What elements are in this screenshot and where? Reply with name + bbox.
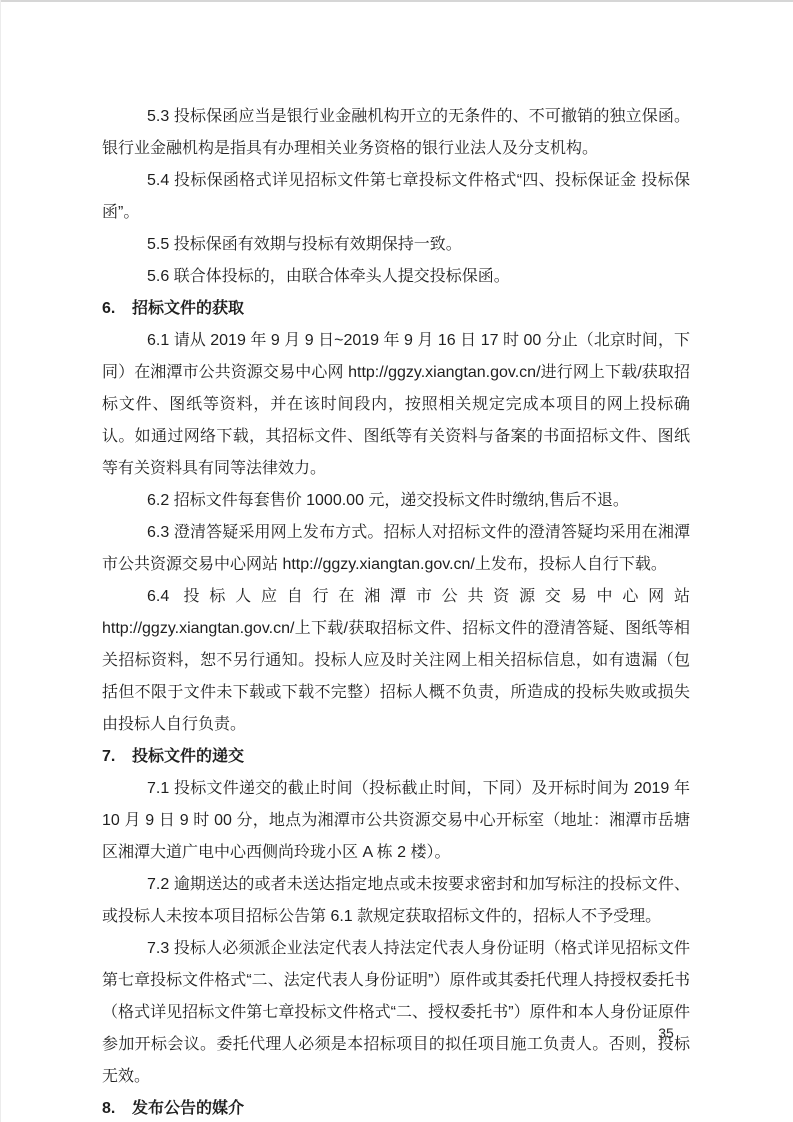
page-number: 35 — [636, 1023, 696, 1043]
section-number: 6. — [102, 293, 132, 325]
paragraph-7-2: 7.2 逾期送达的或者未送达指定地点或未按要求密封和加写标注的投标文件、或投标人… — [102, 869, 690, 933]
paragraph-6-4: 6.4 投标人应自行在湘潭市公共资源交易中心网站 http://ggzy.xia… — [102, 581, 690, 741]
paragraph-5-5: 5.5 投标保函有效期与投标有效期保持一致。 — [102, 229, 690, 261]
paragraph-6-3: 6.3 澄清答疑采用网上发布方式。招标人对招标文件的澄清答疑均采用在湘潭市公共资… — [102, 517, 690, 581]
paragraph-7-3: 7.3 投标人必须派企业法定代表人持法定代表人身份证明（格式详见招标文件第七章投… — [102, 933, 690, 1093]
document-body: 5.3 投标保函应当是银行业金融机构开立的无条件的、不可撤销的独立保函。银行业金… — [102, 101, 690, 1122]
section-title: 投标文件的递交 — [132, 748, 244, 765]
paragraph-6-1: 6.1 请从 2019 年 9 月 9 日~2019 年 9 月 16 日 17… — [102, 325, 690, 485]
paragraph-5-6: 5.6 联合体投标的，由联合体牵头人提交投标保函。 — [102, 261, 690, 293]
paragraph-6-2: 6.2 招标文件每套售价 1000.00 元，递交投标文件时缴纳,售后不退。 — [102, 485, 690, 517]
paragraph-5-3: 5.3 投标保函应当是银行业金融机构开立的无条件的、不可撤销的独立保函。银行业金… — [102, 101, 690, 165]
section-heading-8: 8.发布公告的媒介 — [102, 1093, 690, 1122]
document-page: 5.3 投标保函应当是银行业金融机构开立的无条件的、不可撤销的独立保函。银行业金… — [0, 0, 793, 1122]
section-number: 8. — [102, 1093, 132, 1122]
section-heading-7: 7.投标文件的递交 — [102, 741, 690, 773]
section-title: 发布公告的媒介 — [132, 1100, 244, 1117]
section-number: 7. — [102, 741, 132, 773]
section-heading-6: 6.招标文件的获取 — [102, 293, 690, 325]
paragraph-7-1: 7.1 投标文件递交的截止时间（投标截止时间，下同）及开标时间为 2019 年 … — [102, 773, 690, 869]
section-title: 招标文件的获取 — [132, 300, 244, 317]
paragraph-5-4: 5.4 投标保函格式详见招标文件第七章投标文件格式“四、投标保证金 投标保函”。 — [102, 165, 690, 229]
